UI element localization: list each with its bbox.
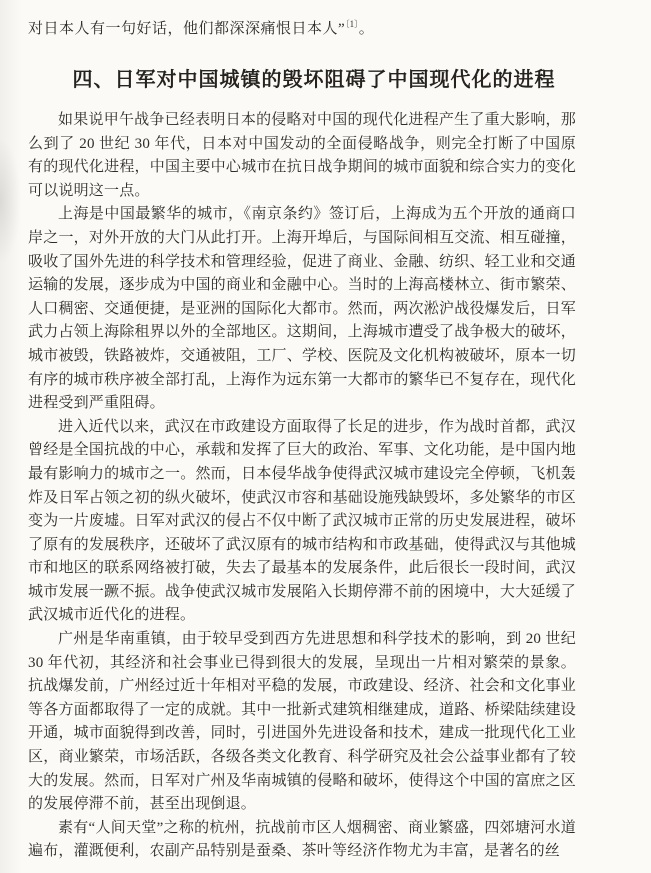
paragraph-hangzhou: 素有“人间天堂”之称的杭州，抗战前市区人烟稠密、商业繁盛，四郊塘河水道遍布，灌溉… xyxy=(28,817,576,864)
continuation-paragraph: 对日本人有一句好话，他们都深深痛恨日本人”〔1〕。 xyxy=(28,12,576,41)
sentence-end-period: 。 xyxy=(359,21,375,37)
paragraph-shanghai: 上海是中国最繁华的城市，《南京条约》签订后，上海成为五个开放的通商口岸之一，对外… xyxy=(28,203,576,415)
paragraph-guangzhou: 广州是华南重镇，由于较早受到西方先进思想和科学技术的影响，到 20 世纪 30 … xyxy=(28,628,576,817)
body-text: 如果说甲午战争已经表明日本的侵略对中国的现代化进程产生了重大影响，那么到了 20… xyxy=(28,109,576,864)
scanned-book-page: 对日本人有一句好话，他们都深深痛恨日本人”〔1〕。 四、日军对中国城镇的毁坏阻碍… xyxy=(0,0,651,873)
footnote-marker: 〔1〕 xyxy=(345,19,359,29)
paragraph-intro: 如果说甲午战争已经表明日本的侵略对中国的现代化进程产生了重大影响，那么到了 20… xyxy=(28,109,576,203)
continuation-text: 对日本人有一句好话，他们都深深痛恨日本人” xyxy=(28,21,345,37)
paragraph-wuhan: 进入近代以来，武汉在市政建设方面取得了长足的进步，作为战时首都，武汉曾经是全国抗… xyxy=(28,416,576,628)
section-heading: 四、日军对中国城镇的毁坏阻碍了中国现代化的进程 xyxy=(40,63,588,92)
